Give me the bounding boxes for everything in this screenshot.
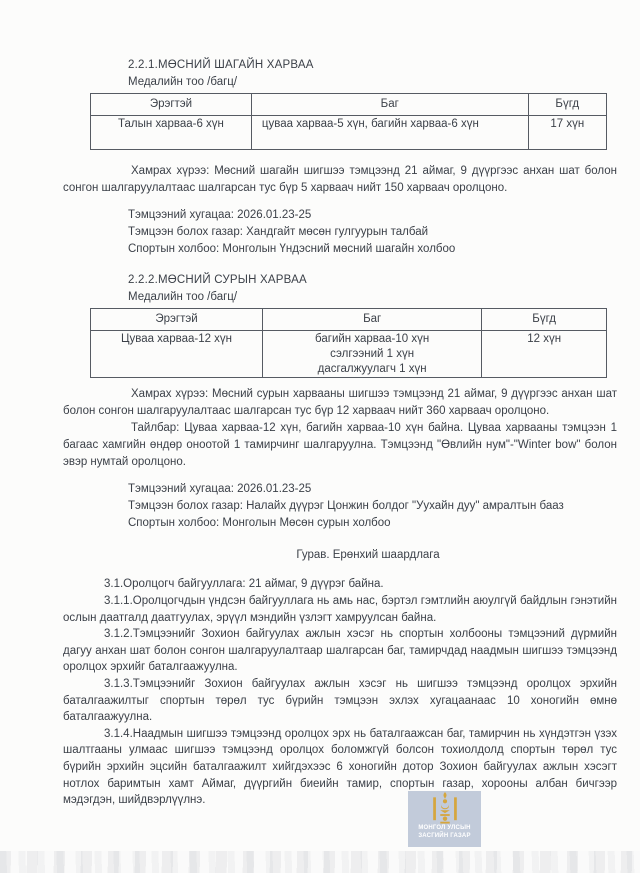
- clause-3-1-1: 3.1.1.Оролцогчдын үндсэн байгууллага нь …: [63, 593, 617, 626]
- cell-team-line: дасгалжуулагч 1 хүн: [267, 362, 477, 377]
- government-logo: МОНГОЛ УЛСЫН ЗАСГИЙН ГАЗАР: [408, 791, 481, 847]
- section-221-medal-table: Эрэгтэй Баг Бүгд Талын харваа-6 хүн цува…: [90, 93, 607, 150]
- col-header-total: Бүгд: [528, 94, 606, 116]
- section-3-clauses: 3.1.Оролцогч байгууллага: 21 аймаг, 9 дү…: [63, 576, 617, 808]
- section-222-duration: Тэмцээний хугацаа: 2026.01.23-25: [63, 481, 617, 498]
- clause-3-1: 3.1.Оролцогч байгууллага: 21 аймаг, 9 дү…: [63, 576, 617, 593]
- logo-text-line2: ЗАСГИЙН ГАЗАР: [418, 833, 470, 841]
- cell-team-line: сэлгээний 1 хүн: [267, 347, 477, 362]
- cell-male: Талын харваа-6 хүн: [91, 116, 252, 150]
- clause-3-1-2: 3.1.2.Тэмцээнийг Зохион байгуулах ажлын …: [63, 626, 617, 676]
- section-222-federation: Спортын холбоо: Монголын Мөсөн сурын хол…: [63, 515, 617, 532]
- cell-total: 12 хүн: [482, 331, 607, 378]
- col-header-team: Баг: [251, 94, 528, 116]
- soyombo-icon: [432, 791, 458, 824]
- col-header-team: Баг: [263, 309, 482, 331]
- cell-team: цуваа харваа-5 хүн, багийн харваа-6 хүн: [251, 116, 528, 150]
- section-221-venue: Тэмцээн болох газар: Хандгайт мөсөн гулг…: [63, 224, 617, 241]
- section-221-duration: Тэмцээний хугацаа: 2026.01.23-25: [63, 207, 617, 224]
- col-header-total: Бүгд: [482, 309, 607, 331]
- section-222-medal-label: Медалийн тоо /багц/: [63, 289, 617, 306]
- section-222-info-block: Тэмцээний хугацаа: 2026.01.23-25 Тэмцээн…: [63, 481, 617, 532]
- section-221-scope-paragraph: Хамрах хүрээ: Мөсний шагайн шигшээ тэмцэ…: [63, 163, 617, 197]
- logo-text-line1: МОНГОЛ УЛСЫН: [418, 825, 470, 833]
- table-row: Талын харваа-6 хүн цуваа харваа-5 хүн, б…: [91, 116, 607, 150]
- col-header-male: Эрэгтэй: [91, 94, 252, 116]
- section-3-heading: Гурав. Ерөнхий шаардлага: [63, 547, 617, 564]
- cell-team: багийн харваа-10 хүн сэлгээний 1 хүн дас…: [263, 331, 482, 378]
- section-222-venue: Тэмцээн болох газар: Налайх дүүрэг Цонжи…: [63, 498, 617, 515]
- cell-total: 17 хүн: [528, 116, 606, 150]
- section-221-info-block: Тэмцээний хугацаа: 2026.01.23-25 Тэмцээн…: [63, 207, 617, 258]
- cell-team-line: багийн харваа-10 хүн: [267, 332, 477, 347]
- col-header-male: Эрэгтэй: [91, 309, 263, 331]
- section-222-medal-table: Эрэгтэй Баг Бүгд Цуваа харваа-12 хүн баг…: [90, 308, 607, 378]
- section-222-scope-paragraph: Хамрах хүрээ: Мөсний сурын харвааны шигш…: [63, 386, 617, 420]
- section-222-heading: 2.2.2.МӨСНИЙ СУРЫН ХАРВАА: [63, 272, 617, 289]
- table-header-row: Эрэгтэй Баг Бүгд: [91, 309, 607, 331]
- cell-male: Цуваа харваа-12 хүн: [91, 331, 263, 378]
- section-221-medal-label: Медалийн тоо /багц/: [63, 74, 617, 91]
- scan-artifact: [0, 851, 640, 873]
- table-header-row: Эрэгтэй Баг Бүгд: [91, 94, 607, 116]
- section-221-federation: Спортын холбоо: Монголын Үндэсний мөсний…: [63, 241, 617, 258]
- top-margin: [63, 0, 617, 57]
- section-222-note-paragraph: Тайлбар: Цуваа харваа-12 хүн, багийн хар…: [63, 420, 617, 471]
- document-content: 2.2.1.МӨСНИЙ ШАГАЙН ХАРВАА Медалийн тоо …: [63, 0, 617, 809]
- clause-3-1-3: 3.1.3.Тэмцээнийг Зохион байгуулах ажлын …: [63, 676, 617, 726]
- document-page: 2.2.1.МӨСНИЙ ШАГАЙН ХАРВАА Медалийн тоо …: [0, 0, 640, 873]
- government-logo-text: МОНГОЛ УЛСЫН ЗАСГИЙН ГАЗАР: [418, 825, 470, 840]
- clause-3-1-4: 3.1.4.Наадмын шигшээ тэмцээнд оролцох эр…: [63, 726, 617, 809]
- table-row: Цуваа харваа-12 хүн багийн харваа-10 хүн…: [91, 331, 607, 378]
- section-221-heading: 2.2.1.МӨСНИЙ ШАГАЙН ХАРВАА: [63, 57, 617, 74]
